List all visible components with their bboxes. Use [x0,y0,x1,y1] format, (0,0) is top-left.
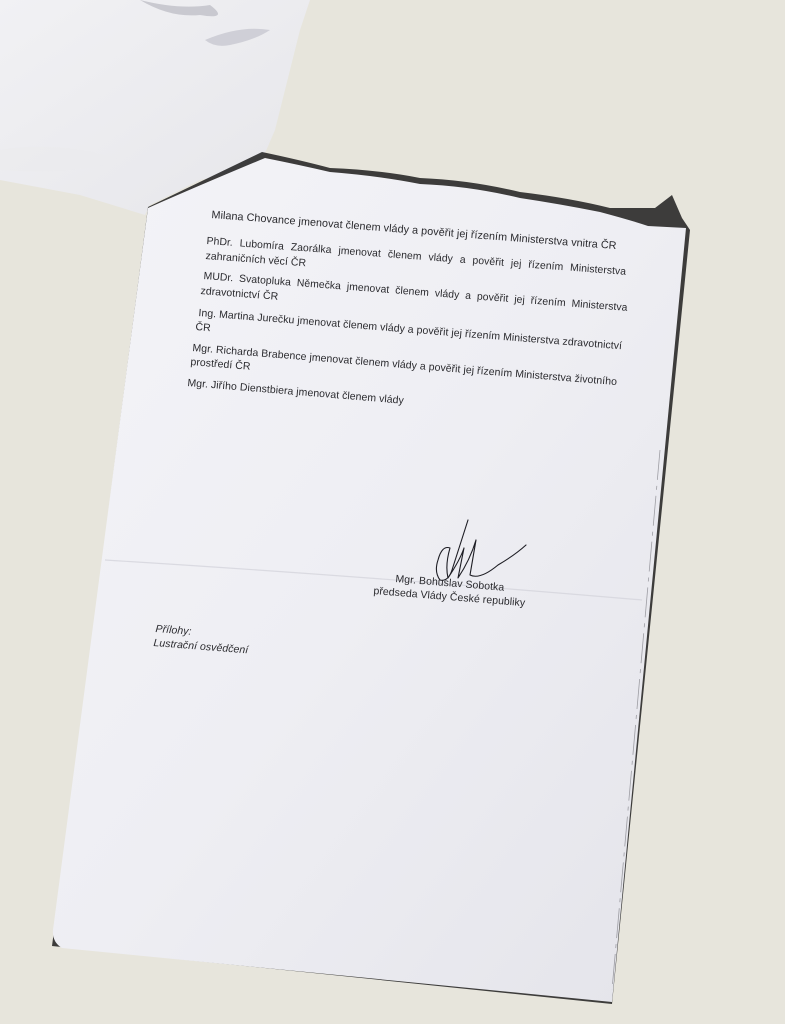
document-sheet [53,158,686,1002]
photo-background [0,0,785,1024]
